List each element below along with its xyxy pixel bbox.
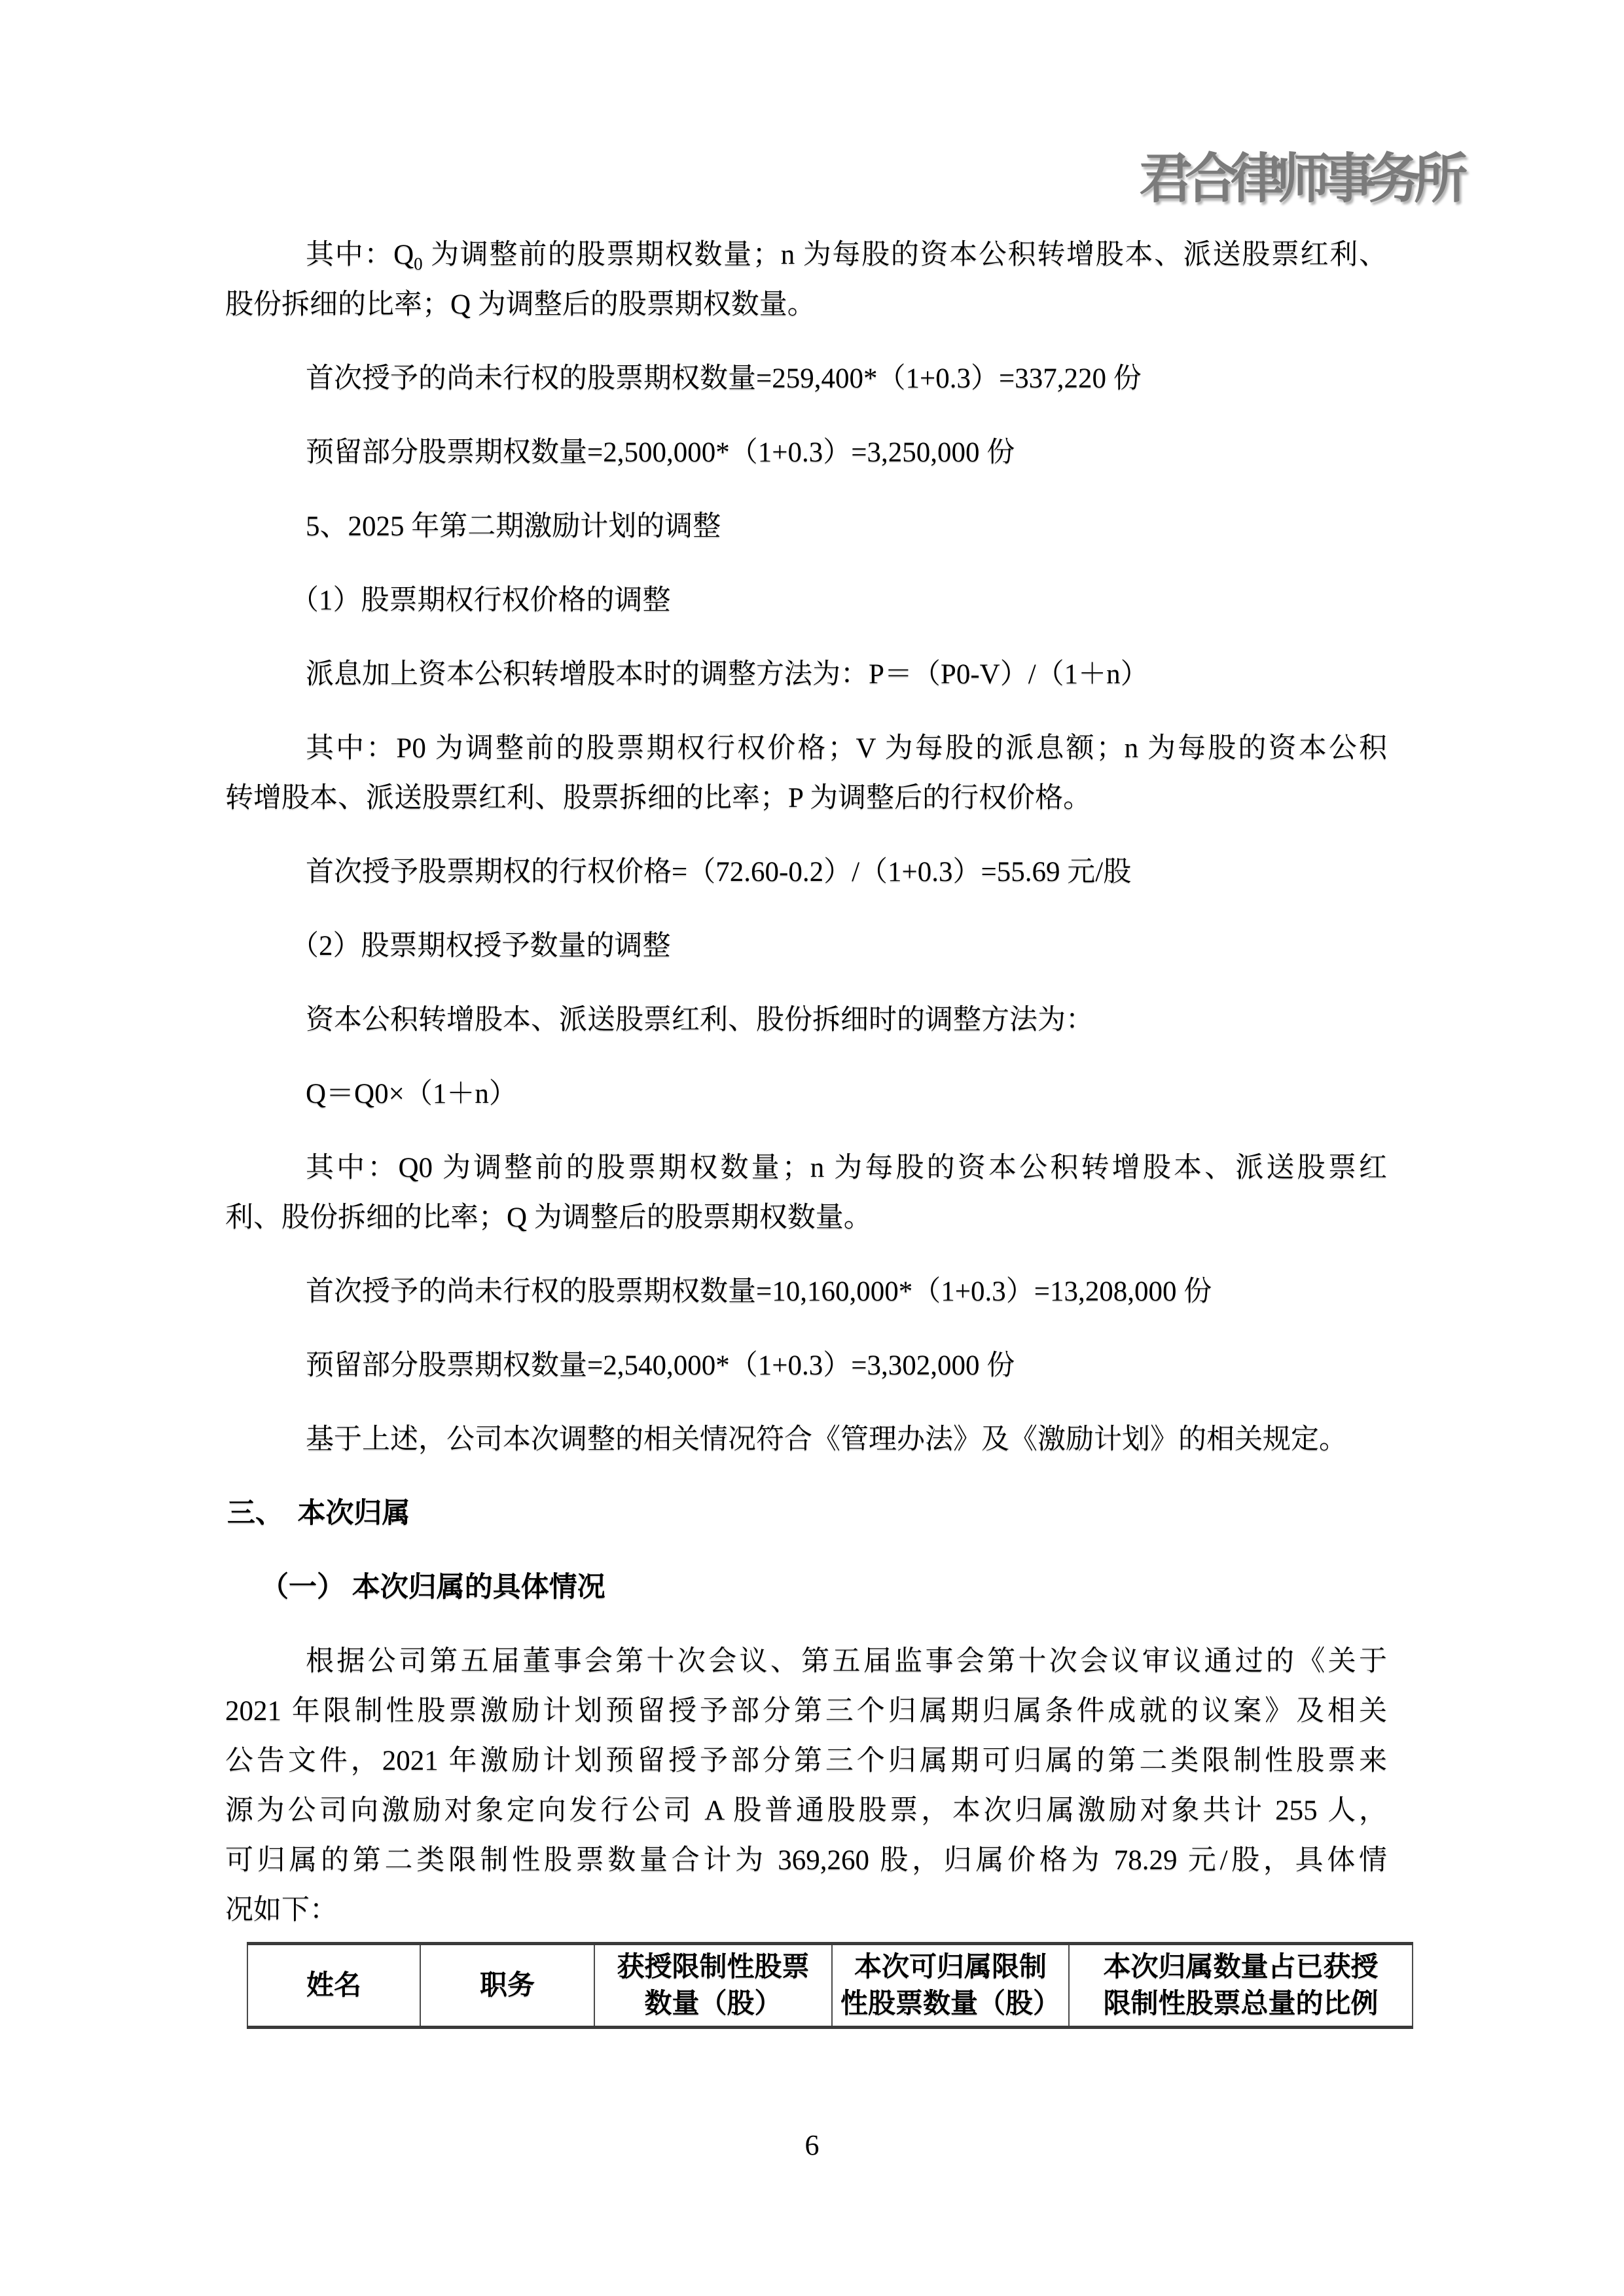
text-run: 为调整前的股票期权数量；n 为每股的资本公积转增股本、派送股票红利、 xyxy=(423,240,1387,270)
formula-price-adjustment-method: 派息加上资本公积转增股本时的调整方法为：P＝（P0-V）/（1＋n） xyxy=(225,650,1387,700)
paragraph-q0-definition: 其中：Q0 为调整前的股票期权数量；n 为每股的资本公积转增股本、派送股票红利、… xyxy=(225,230,1387,330)
formula-line: 首次授予股票期权的行权价格=（72.60-0.2）/（1+0.3）=55.69 … xyxy=(225,848,1387,897)
formula-first-grant-unexercised-2025: 首次授予的尚未行权的股票期权数量=10,160,000*（1+0.3）=13,2… xyxy=(225,1267,1387,1317)
heading-line: （一） 本次归属的具体情况 xyxy=(261,1563,1387,1613)
header-cell-line: 性股票数量（股） xyxy=(833,1986,1068,2022)
header-cell-line: 本次归属数量占已获授 xyxy=(1070,1949,1412,1986)
formula-line: 预留部分股票期权数量=2,540,000*（1+0.3）=3,302,000 份 xyxy=(225,1341,1387,1391)
document-body: 其中：Q0 为调整前的股票期权数量；n 为每股的资本公积转增股本、派送股票红利、… xyxy=(225,230,1387,2029)
paragraph-q0-definition-2: 其中：Q0 为调整前的股票期权数量；n 为每股的资本公积转增股本、派送股票红 利… xyxy=(225,1143,1387,1243)
header-cell-line: 职务 xyxy=(421,1967,594,2004)
text-run: 其中：Q xyxy=(306,240,414,270)
header-cell-line: 本次可归属限制 xyxy=(833,1949,1068,1986)
paragraph-line: 其中：Q0 为调整前的股票期权数量；n 为每股的资本公积转增股本、派送股票红 xyxy=(225,1143,1387,1193)
paragraph-line: 源为公司向激励对象定向发行公司 A 股普通股股票，本次归属激励对象共计 255 … xyxy=(225,1786,1387,1836)
paragraph-line: 可归属的第二类限制性股票数量合计为 369,260 股，归属价格为 78.29 … xyxy=(225,1836,1387,1886)
item-5-2025-plan-adjustment: 5、2025 年第二期激励计划的调整 xyxy=(225,502,1387,552)
subscript-zero: 0 xyxy=(414,254,423,274)
formula-reserved-options-2024: 预留部分股票期权数量=2,500,000*（1+0.3）=3,250,000 份 xyxy=(225,428,1387,478)
formula-quantity-adjustment: Q＝Q0×（1＋n） xyxy=(225,1069,1387,1119)
header-cell-line: 获授限制性股票 xyxy=(595,1949,831,1986)
vesting-table: 姓名 职务 获授限制性股票 数量（股） 本次可归属限制 性股票数量（股） 本次归… xyxy=(247,1942,1413,2029)
header-cell-line: 姓名 xyxy=(248,1967,420,2004)
header-cell-line: 限制性股票总量的比例 xyxy=(1070,1986,1412,2022)
list-item-line: 5、2025 年第二期激励计划的调整 xyxy=(225,502,1387,552)
formula-quantity-adjustment-intro: 资本公积转增股本、派送股票红利、股份拆细时的调整方法为： xyxy=(225,996,1387,1045)
table-header-cell-name: 姓名 xyxy=(247,1944,420,2028)
list-item-line: （1）股票期权行权价格的调整 xyxy=(225,576,1387,626)
formula-line: Q＝Q0×（1＋n） xyxy=(225,1069,1387,1119)
heading-line: 三、 本次归属 xyxy=(227,1489,1387,1539)
header-cell-line: 数量（股） xyxy=(595,1986,831,2022)
paragraph-line: 转增股本、派送股票红利、股票拆细的比率；P 为调整后的行权价格。 xyxy=(225,774,1387,823)
table-header-cell-granted-shares: 获授限制性股票 数量（股） xyxy=(594,1944,832,2028)
list-item-line: （2）股票期权授予数量的调整 xyxy=(225,922,1387,971)
paragraph-line: 2021 年限制性股票激励计划预留授予部分第三个归属期归属条件成就的议案》及相关 xyxy=(225,1687,1387,1736)
paragraph-p0-definition: 其中：P0 为调整前的股票期权行权价格；V 为每股的派息额；n 为每股的资本公积… xyxy=(225,724,1387,823)
table-header-cell-position: 职务 xyxy=(420,1944,594,2028)
formula-line: 首次授予的尚未行权的股票期权数量=259,400*（1+0.3）=337,220… xyxy=(225,354,1387,404)
paragraph-line: 利、股份拆细的比率；Q 为调整后的股票期权数量。 xyxy=(225,1193,1387,1243)
paragraph-line: 基于上述，公司本次调整的相关情况符合《管理办法》及《激励计划》的相关规定。 xyxy=(225,1415,1387,1465)
paragraph-vesting-details: 根据公司第五届董事会第十次会议、第五届监事会第十次会议审议通过的《关于 2021… xyxy=(225,1637,1387,1935)
heading-section-3-vesting: 三、 本次归属 xyxy=(225,1489,1387,1539)
formula-line: 首次授予的尚未行权的股票期权数量=10,160,000*（1+0.3）=13,2… xyxy=(225,1267,1387,1317)
law-firm-logo: 君合律师事务所 xyxy=(1139,136,1479,213)
formula-line: 派息加上资本公积转增股本时的调整方法为：P＝（P0-V）/（1＋n） xyxy=(225,650,1387,700)
paragraph-line: 股份拆细的比率；Q 为调整后的股票期权数量。 xyxy=(225,280,1387,330)
paragraph-conclusion: 基于上述，公司本次调整的相关情况符合《管理办法》及《激励计划》的相关规定。 xyxy=(225,1415,1387,1465)
heading-subsection-1-vesting-details: （一） 本次归属的具体情况 xyxy=(225,1563,1387,1613)
formula-first-grant-unexercised-2024: 首次授予的尚未行权的股票期权数量=259,400*（1+0.3）=337,220… xyxy=(225,354,1387,404)
item-2-grant-quantity-adjustment: （2）股票期权授予数量的调整 xyxy=(225,922,1387,971)
table-header-cell-vestable-shares: 本次可归属限制 性股票数量（股） xyxy=(832,1944,1069,2028)
paragraph-line: 根据公司第五届董事会第十次会议、第五届监事会第十次会议审议通过的《关于 xyxy=(225,1637,1387,1687)
paragraph-line: 其中：Q0 为调整前的股票期权数量；n 为每股的资本公积转增股本、派送股票红利、 xyxy=(225,230,1387,280)
formula-first-grant-exercise-price: 首次授予股票期权的行权价格=（72.60-0.2）/（1+0.3）=55.69 … xyxy=(225,848,1387,897)
table-header-cell-vesting-ratio: 本次归属数量占已获授 限制性股票总量的比例 xyxy=(1069,1944,1413,2028)
paragraph-line: 其中：P0 为调整前的股票期权行权价格；V 为每股的派息额；n 为每股的资本公积 xyxy=(225,724,1387,774)
table-header-row: 姓名 职务 获授限制性股票 数量（股） 本次可归属限制 性股票数量（股） 本次归… xyxy=(247,1944,1413,2028)
page-number: 6 xyxy=(0,2128,1624,2162)
paragraph-line: 公告文件，2021 年激励计划预留授予部分第三个归属期可归属的第二类限制性股票来 xyxy=(225,1736,1387,1786)
formula-line: 资本公积转增股本、派送股票红利、股份拆细时的调整方法为： xyxy=(225,996,1387,1045)
paragraph-line: 况如下： xyxy=(225,1886,1387,1935)
formula-reserved-options-2025: 预留部分股票期权数量=2,540,000*（1+0.3）=3,302,000 份 xyxy=(225,1341,1387,1391)
formula-line: 预留部分股票期权数量=2,500,000*（1+0.3）=3,250,000 份 xyxy=(225,428,1387,478)
item-1-exercise-price-adjustment: （1）股票期权行权价格的调整 xyxy=(225,576,1387,626)
